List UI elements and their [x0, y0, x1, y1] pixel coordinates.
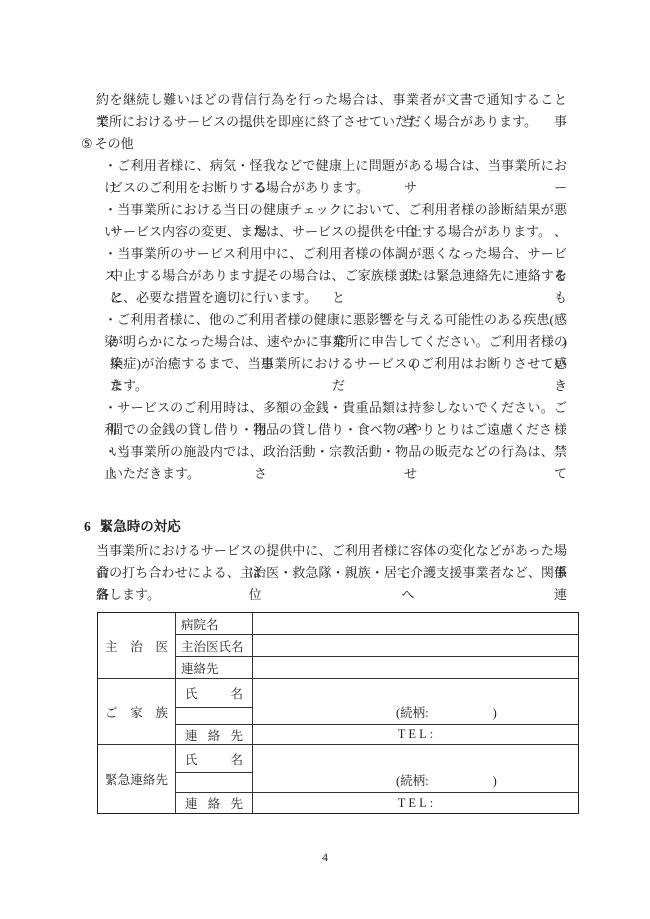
bullet-line: 中止する場合があります。その場合は、ご家族様または緊急連絡先に連絡するととも	[110, 265, 567, 287]
section6-paragraph: 当事業所におけるサービスの提供中に、ご利用者様に容体の変化などがあった場合は、事…	[0, 540, 650, 606]
doctor-contact-value	[253, 657, 578, 679]
bullet-item: ・当事業所における当日の健康チェックにおいて、ご利用者様の診断結果が悪い場合、 …	[0, 199, 650, 243]
bullet-item: ・サービスのご利用時は、多額の金銭・貴重品類は持参しないでください。ご利用者様 …	[0, 397, 650, 441]
family-tel-value: TEL:	[253, 725, 578, 745]
bullet-line: 染症)が治癒するまで、当事業所におけるサービスのご利用はお断りさせていただき	[110, 353, 567, 375]
relation-close-label: )	[493, 774, 497, 789]
emergency-name-label-spacer	[176, 773, 253, 793]
bullet-line: が明らかになった場合は、速やかに事業所に申告してください。ご利用者様の疾患(感	[110, 331, 567, 353]
bullet-line: 間での金銭の貸し借り・物品の貸し借り・食べ物のやりとりはご遠慮ください。	[110, 419, 567, 441]
bullet-line: サービス内容の変更、または、サービスの提供を中止する場合があります。	[110, 221, 567, 243]
relation-open-label: (続柄:	[396, 771, 429, 789]
relation-open-label: (続柄:	[396, 703, 429, 721]
doctor-name-value	[253, 635, 578, 657]
bullet-item: ・ご利用者様に、病気・怪我などで健康上に問題がある場合は、当事業所におけるサー …	[0, 155, 650, 199]
bullet-item: ・当事業所の施設内では、政治活動・宗教活動・物品の販売などの行為は、禁止させて …	[0, 441, 650, 485]
item5-title: その他	[95, 136, 134, 151]
bullet-list: ・ご利用者様に、病気・怪我などで健康上に問題がある場合は、当事業所におけるサー …	[0, 155, 650, 485]
emergency-tel-value: TEL:	[253, 793, 578, 813]
emergency-name-label: 氏名	[176, 745, 253, 773]
section6-heading: 6緊急時の対応	[84, 516, 650, 538]
emergency-contact-table: 主治医 ご家族 緊急連絡先 病院名 主治医氏名 連絡先 氏名 連絡先 氏名 連絡…	[97, 612, 579, 814]
hospital-name-label: 病院名	[176, 613, 253, 635]
paragraph-line: 当事業所におけるサービスの提供中に、ご利用者様に容体の変化などがあった場合は、事	[96, 540, 567, 562]
paragraph-line: 前の打ち合わせによる、主治医・救急隊・親族・居宅介護支援事業者など、関係各位へ連	[96, 562, 567, 584]
relation-close-label: )	[493, 706, 497, 721]
emergency-contact-label: 連絡先	[176, 793, 253, 813]
item5-marker: ⑤	[81, 136, 93, 151]
section6-number: 6	[84, 519, 91, 534]
bullet-line: ・当事業所の施設内では、政治活動・宗教活動・物品の販売などの行為は、禁止させて	[104, 441, 567, 463]
family-contact-label: 連絡先	[176, 725, 253, 745]
bullet-item: ・ご利用者様に、他のご利用者様の健康に悪影響を与える可能性のある疾患(感染症) …	[0, 309, 650, 397]
bullet-line: ・ご利用者様に、病気・怪我などで健康上に問題がある場合は、当事業所におけるサー	[104, 155, 567, 177]
doctor-contact-label: 連絡先	[176, 657, 253, 679]
emergency-name-value: (続柄:)	[253, 745, 578, 793]
paragraph-line: 業所におけるサービスの提供を即座に終了させていただく場合があります。	[96, 111, 567, 133]
bullet-line: ・サービスのご利用時は、多額の金銭・貴重品類は持参しないでください。ご利用者様	[104, 397, 567, 419]
bullet-item: ・当事業所のサービス利用中に、ご利用者様の体調が悪くなった場合、サービス提供を …	[0, 243, 650, 309]
emergency-group-label: 緊急連絡先	[98, 745, 176, 813]
section6-title: 緊急時の対応	[100, 519, 181, 534]
item5-heading: ⑤その他	[81, 133, 650, 155]
family-name-value: (続柄:)	[253, 679, 578, 725]
family-name-label: 氏名	[176, 679, 253, 708]
doctor-name-label: 主治医氏名	[176, 635, 253, 657]
doctor-group-label: 主治医	[98, 613, 176, 679]
hospital-name-value	[253, 613, 578, 635]
document-page: 約を継続し難いほどの背信行為を行った場合は、事業者が文書で通知することで、当事 …	[0, 0, 650, 919]
paragraph-line: 約を継続し難いほどの背信行為を行った場合は、事業者が文書で通知することで、当事	[96, 89, 567, 111]
family-name-label-spacer	[176, 708, 253, 725]
family-group-label: ご家族	[98, 679, 176, 745]
bullet-line: ・当事業所のサービス利用中に、ご利用者様の体調が悪くなった場合、サービス提供を	[104, 243, 567, 265]
intro-paragraph: 約を継続し難いほどの背信行為を行った場合は、事業者が文書で通知することで、当事 …	[0, 89, 650, 133]
bullet-line: ・ご利用者様に、他のご利用者様の健康に悪影響を与える可能性のある疾患(感染症)	[104, 309, 567, 331]
bullet-line: ・当事業所における当日の健康チェックにおいて、ご利用者様の診断結果が悪い場合、	[104, 199, 567, 221]
page-number: 4	[0, 850, 650, 864]
